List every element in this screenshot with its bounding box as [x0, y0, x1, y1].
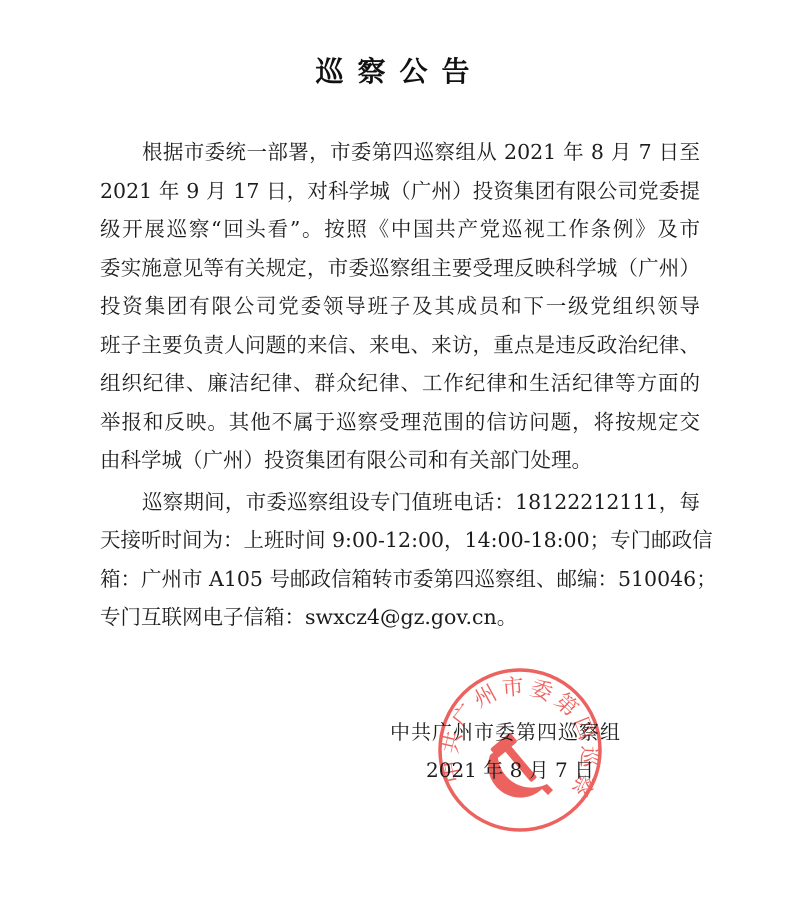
paragraph-scope: 根据市委统一部署，市委第四巡察组从 2021 年 8 月 7 日至 2021 年…: [100, 133, 700, 480]
document-page: 巡察公告 根据市委统一部署，市委第四巡察组从 2021 年 8 月 7 日至 2…: [0, 0, 785, 909]
text-line: 委实施意见等有关规定，市委巡察组主要受理反映科学城（广州）: [100, 249, 700, 288]
text-line: 组织纪律、廉洁纪律、群众纪律、工作纪律和生活纪律等方面的: [100, 364, 700, 403]
page-title: 巡察公告: [0, 50, 785, 90]
text-line: 举报和反映。其他不属于巡察受理范围的信访问题，将按规定交: [100, 403, 700, 442]
signature-block: 中共广州市委第四巡察组 2021 年 8 月 7 日: [390, 713, 630, 789]
text-line: 2021 年 9 月 17 日，对科学城（广州）投资集团有限公司党委提: [100, 172, 700, 211]
text-line: 根据市委统一部署，市委第四巡察组从 2021 年 8 月 7 日至: [100, 133, 700, 172]
email-line: 专门互联网电子信箱：swxcz4@gz.gov.cn。: [100, 598, 700, 637]
signing-date: 2021 年 8 月 7 日: [390, 751, 630, 789]
text-line: 级开展巡察“回头看”。按照《中国共产党巡视工作条例》及市: [100, 210, 700, 249]
paragraph-contact: 巡察期间，市委巡察组设专门值班电话：18122212111，每 天接听时间为：上…: [100, 483, 700, 637]
text-line: 投资集团有限公司党委领导班子及其成员和下一级党组织领导: [100, 287, 700, 326]
text-line: 班子主要负责人问题的来信、来电、来访，重点是违反政治纪律、: [100, 326, 700, 365]
text-line: 箱：广州市 A105 号邮政信箱转市委第四巡察组、邮编：510046；: [100, 560, 700, 599]
text-line: 由科学城（广州）投资集团有限公司和有关部门处理。: [100, 441, 700, 480]
text-line: 天接听时间为：上班时间 9:00-12:00，14:00-18:00；专门邮政信: [100, 521, 700, 560]
signing-organization: 中共广州市委第四巡察组: [390, 713, 630, 751]
announcement-body: 根据市委统一部署，市委第四巡察组从 2021 年 8 月 7 日至 2021 年…: [100, 133, 700, 637]
text-line: 巡察期间，市委巡察组设专门值班电话：18122212111，每: [100, 483, 700, 522]
